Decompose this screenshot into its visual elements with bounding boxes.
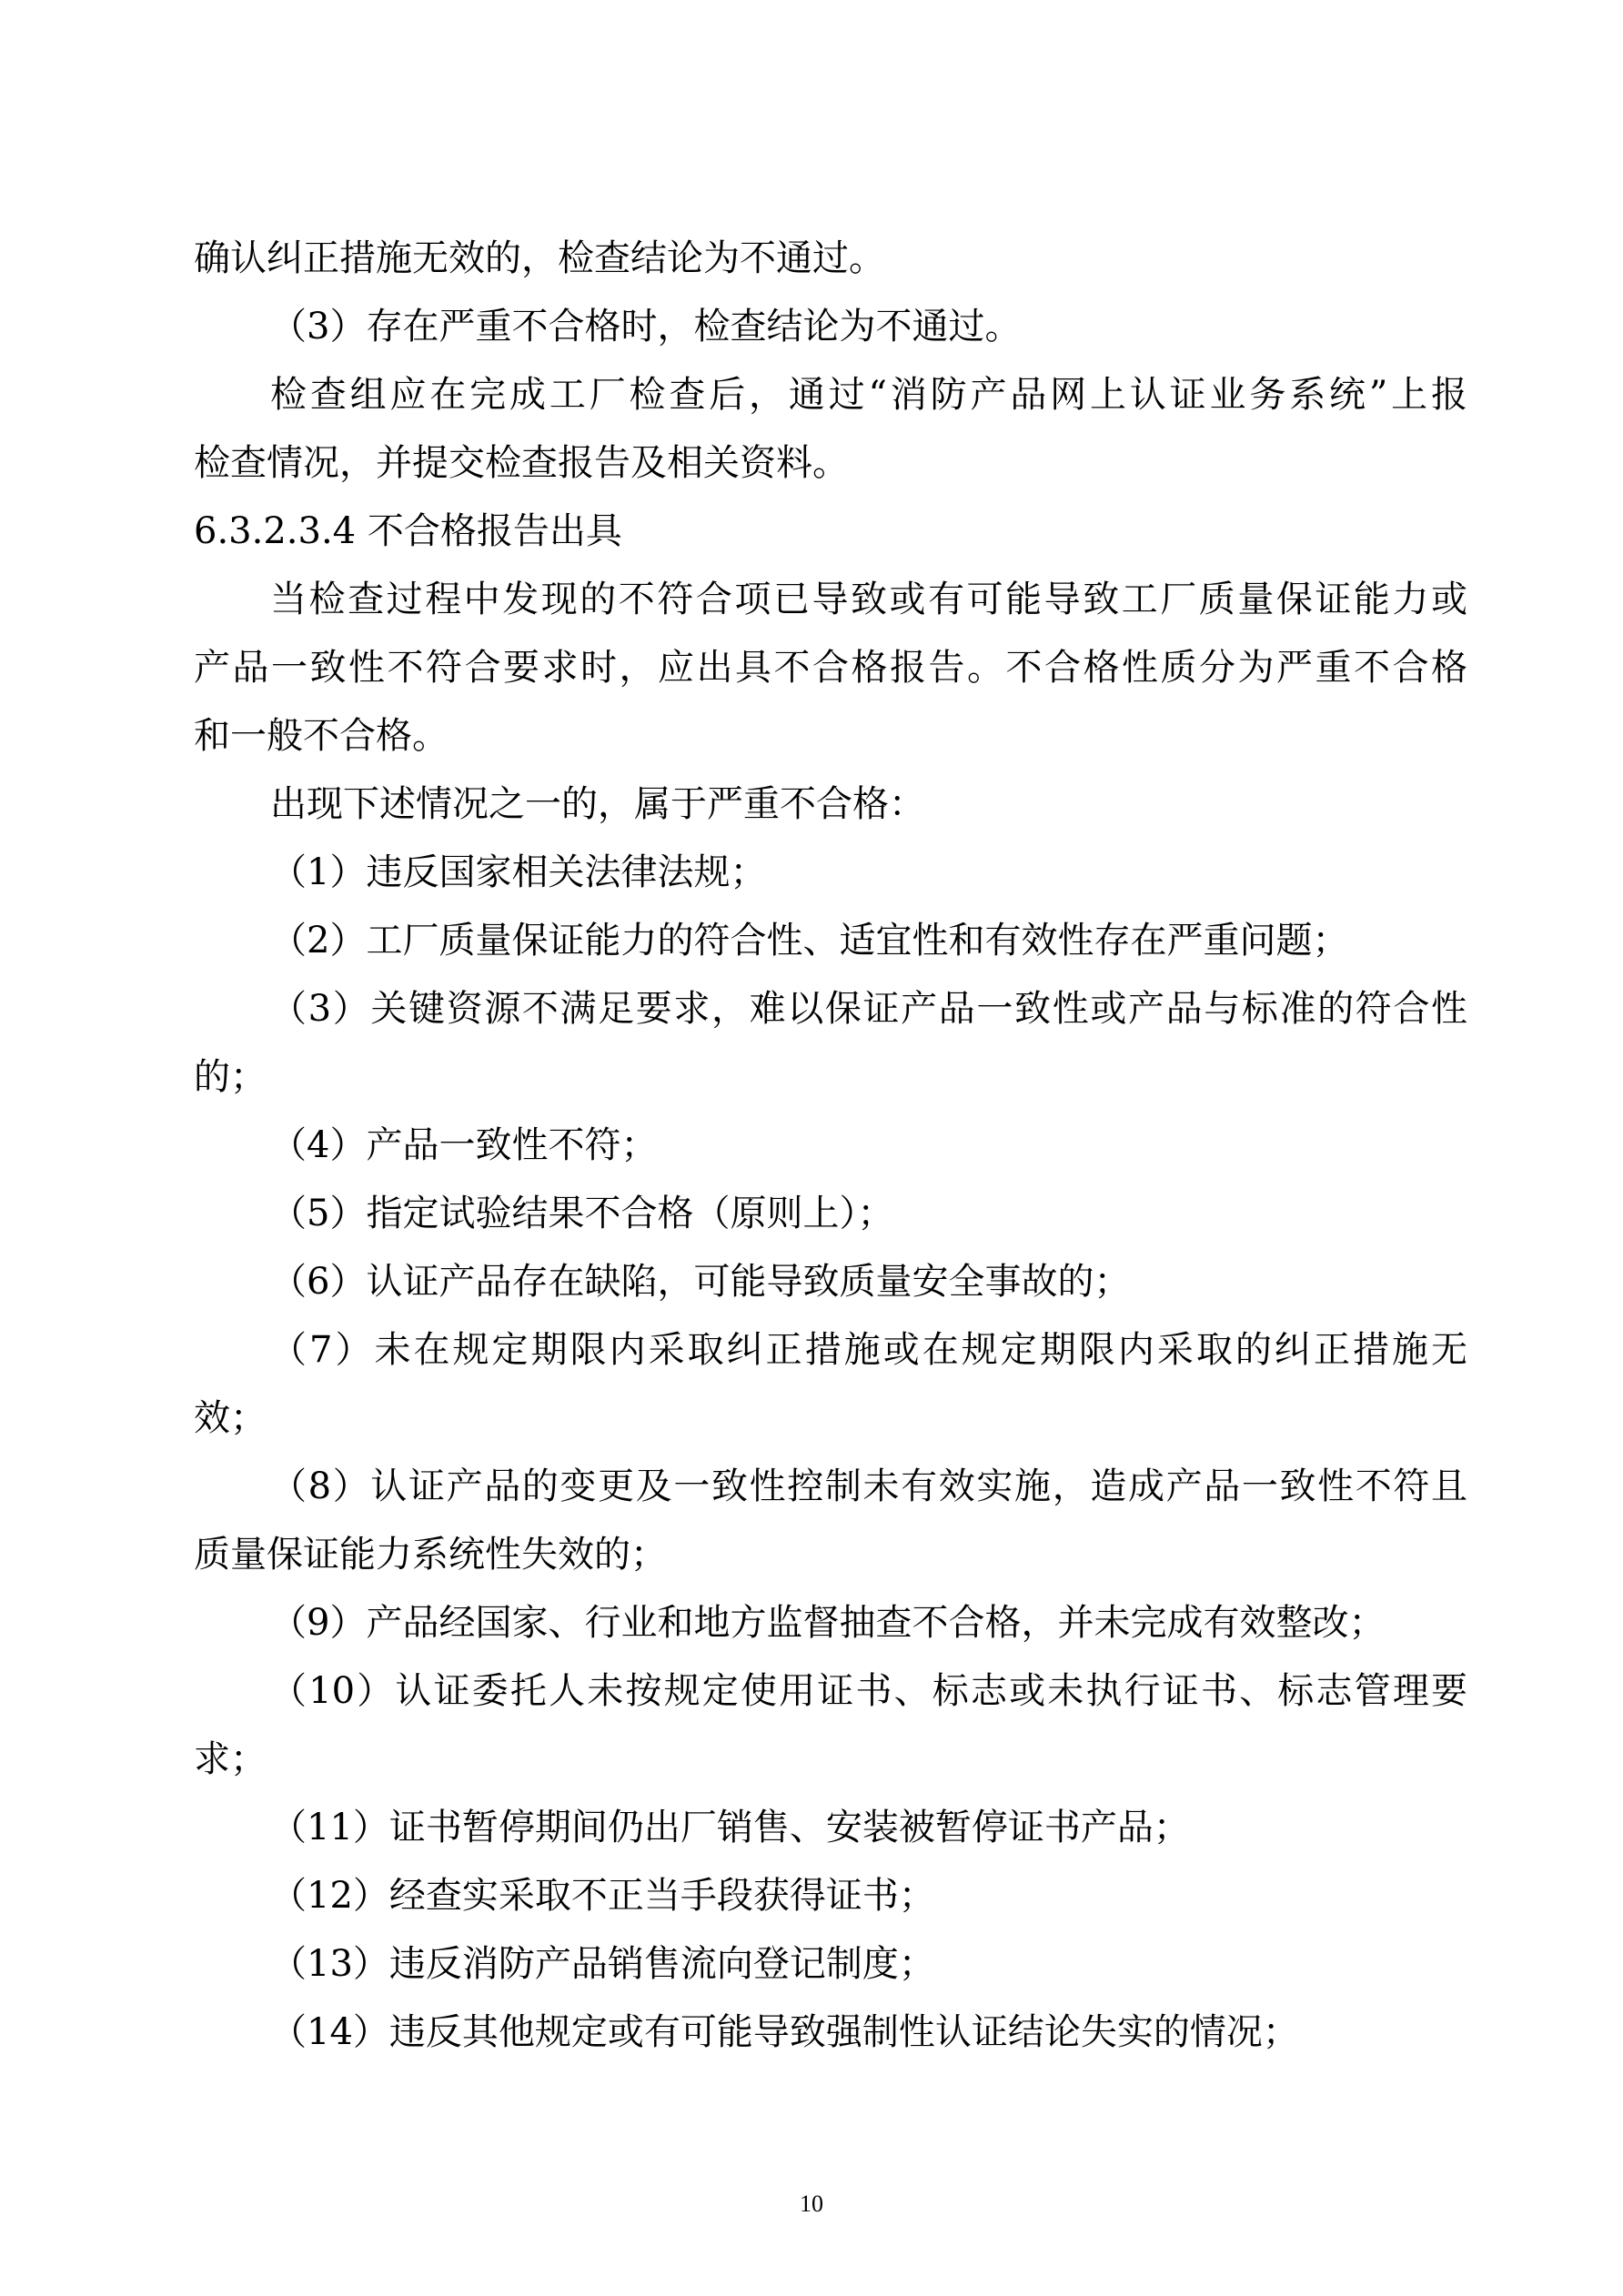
text-line-report-submission: 检查组应在完成工厂检查后，通过“消防产品网上认证业务系统”上报 (194, 376, 1467, 414)
text-line-continuation: 确认纠正措施无效的，检查结论为不通过。 (194, 239, 1467, 277)
list-item-5: （5）指定试验结果不合格（原则上）； (194, 1194, 1467, 1233)
list-item-10: （10）认证委托人未按规定使用证书、标志或未执行证书、标志管理要 (194, 1672, 1467, 1710)
list-item-11: （11）证书暂停期间仍出厂销售、安装被暂停证书产品； (194, 1808, 1467, 1847)
list-item-4: （4）产品一致性不符； (194, 1126, 1467, 1164)
list-item-10-cont: 求； (194, 1740, 1467, 1778)
list-item-2: （2）工厂质量保证能力的符合性、适宜性和有效性存在严重问题； (194, 921, 1467, 960)
text-line-item-3-fail: （3）存在严重不合格时，检查结论为不通过。 (194, 307, 1467, 346)
page-number: 10 (0, 2192, 1623, 2216)
list-item-14: （14）违反其他规定或有可能导致强制性认证结论失实的情况； (194, 2013, 1467, 2051)
list-item-7-cont: 效； (194, 1399, 1467, 1437)
document-page: 确认纠正措施无效的，检查结论为不通过。 （3）存在严重不合格时，检查结论为不通过… (0, 0, 1623, 2296)
text-line-nonconformity-intro-end: 和一般不合格。 (194, 717, 1467, 755)
list-item-3-cont: 的； (194, 1058, 1467, 1096)
list-item-6: （6）认证产品存在缺陷，可能导致质量安全事故的； (194, 1263, 1467, 1301)
list-item-9: （9）产品经国家、行业和地方监督抽查不合格，并未完成有效整改； (194, 1604, 1467, 1642)
list-item-8: （8）认证产品的变更及一致性控制未有效实施，造成产品一致性不符且 (194, 1467, 1467, 1505)
text-line-serious-intro: 出现下述情况之一的，属于严重不合格： (194, 785, 1467, 823)
list-item-13: （13）违反消防产品销售流向登记制度； (194, 1945, 1467, 1983)
text-line-nonconformity-intro: 当检查过程中发现的不符合项已导致或有可能导致工厂质量保证能力或 (194, 580, 1467, 619)
list-item-7: （7）未在规定期限内采取纠正措施或在规定期限内采取的纠正措施无 (194, 1331, 1467, 1369)
text-line-report-submission-cont: 检查情况，并提交检查报告及相关资料。 (194, 444, 1467, 482)
list-item-1: （1）违反国家相关法律法规； (194, 853, 1467, 891)
list-item-8-cont: 质量保证能力系统性失效的； (194, 1536, 1467, 1574)
list-item-12: （12）经查实采取不正当手段获得证书； (194, 1877, 1467, 1915)
list-item-3: （3）关键资源不满足要求，难以保证产品一致性或产品与标准的符合性 (194, 990, 1467, 1028)
text-line-nonconformity-intro-cont: 产品一致性不符合要求时，应出具不合格报告。不合格性质分为严重不合格 (194, 649, 1467, 687)
section-heading: 6.3.2.3.4 不合格报告出具 (194, 512, 1467, 550)
